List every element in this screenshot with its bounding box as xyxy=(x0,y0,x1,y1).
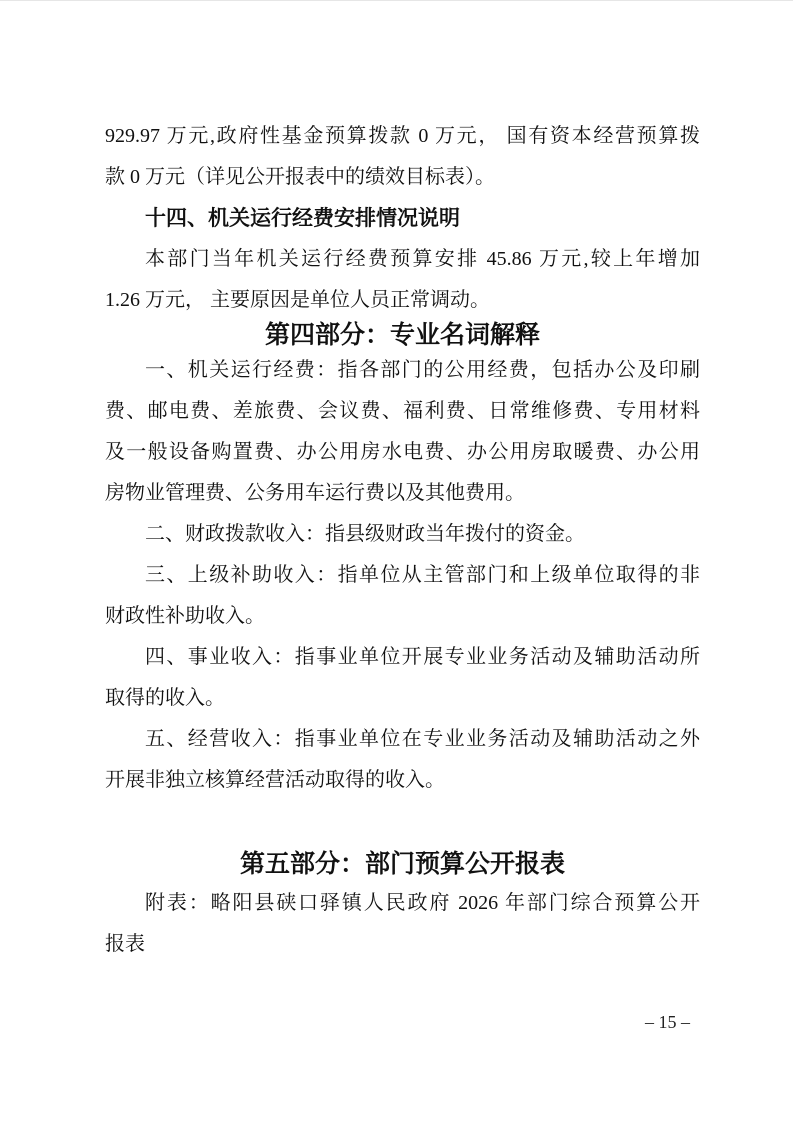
section-14-body-line: 本部门当年机关运行经费预算安排 45.86 万元,较上年增加 xyxy=(105,239,700,280)
term2-line: 二、财政拨款收入：指县级财政当年拨付的资金。 xyxy=(105,514,700,555)
term1-line: 及一般设备购置费、办公用房水电费、办公用房取暖费、办公用 xyxy=(105,432,700,473)
intro-paragraph-line: 款 0 万元（详见公开报表中的绩效目标表）。 xyxy=(105,157,700,198)
document-page: 929.97 万元,政府性基金预算拨款 0 万元， 国有资本经营预算拨 款 0 … xyxy=(0,0,793,1122)
term4-line: 四、事业收入：指事业单位开展专业业务活动及辅助活动所 xyxy=(105,637,700,678)
appendix-line: 附表：略阳县硖口驿镇人民政府 2026 年部门综合预算公开 xyxy=(105,883,700,924)
term1-line: 费、邮电费、差旅费、会议费、福利费、日常维修费、专用材料 xyxy=(105,391,700,432)
page-number: – 15 – xyxy=(645,1011,690,1033)
part4-title: 第四部分：专业名词解释 xyxy=(105,321,700,350)
intro-paragraph-line: 929.97 万元,政府性基金预算拨款 0 万元， 国有资本经营预算拨 xyxy=(105,116,700,157)
section-14-body-line: 1.26 万元， 主要原因是单位人员正常调动。 xyxy=(105,280,700,321)
term3-line: 三、上级补助收入：指单位从主管部门和上级单位取得的非 xyxy=(105,555,700,596)
text-column: 929.97 万元,政府性基金预算拨款 0 万元， 国有资本经营预算拨 款 0 … xyxy=(105,116,700,965)
term5-line: 开展非独立核算经营活动取得的收入。 xyxy=(105,760,700,801)
appendix-line: 报表 xyxy=(105,924,700,965)
term4-line: 取得的收入。 xyxy=(105,678,700,719)
term5-line: 五、经营收入：指事业单位在专业业务活动及辅助活动之外 xyxy=(105,719,700,760)
term1-line: 房物业管理费、公务用车运行费以及其他费用。 xyxy=(105,473,700,514)
term1-line: 一、机关运行经费：指各部门的公用经费，包括办公及印刷 xyxy=(105,350,700,391)
section-14-heading: 十四、机关运行经费安排情况说明 xyxy=(105,198,700,239)
term3-line: 财政性补助收入。 xyxy=(105,596,700,637)
part5-title: 第五部分：部门预算公开报表 xyxy=(105,847,700,883)
